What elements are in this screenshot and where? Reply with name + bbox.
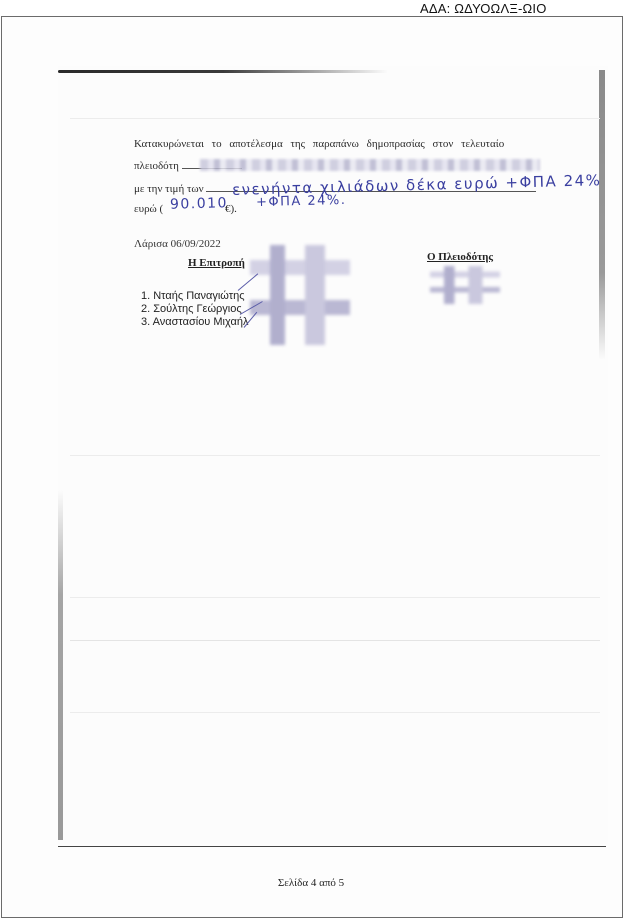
euro-label: ευρώ ( [134, 203, 163, 215]
scan-left-edge [58, 490, 63, 840]
page-number: Σελίδα 4 από 5 [0, 877, 622, 889]
ruled-line [70, 455, 600, 456]
place-date: Λάρισα 06/09/2022 [134, 238, 221, 250]
ruled-line [70, 640, 600, 641]
euro-line: ευρώ ( [134, 203, 163, 215]
handwritten-vat: +ΦΠΑ 24%. [256, 193, 347, 210]
committee-member: 1. Νταής Παναγιώτης [141, 290, 248, 303]
ruled-line [70, 597, 600, 598]
committee-member: 2. Σούλτης Γεώργιος [141, 303, 248, 316]
committee-member: 3. Αναστασίου Μιχαήλ [141, 316, 248, 329]
bidder-title: Ο Πλειοδότης [427, 251, 493, 263]
scan-top-edge [58, 70, 388, 73]
price-suffix: €). [225, 203, 237, 215]
footer-rule [58, 846, 606, 847]
price-label: με την τιμή των [134, 183, 204, 195]
redacted-bidder-signature [430, 266, 500, 304]
handwritten-price-number: 90.010 [170, 195, 228, 213]
award-sentence: Κατακυρώνεται το αποτέλεσμα της παραπάνω… [134, 138, 504, 150]
ruled-line [70, 712, 600, 713]
bidder-label: πλειοδότη [134, 160, 179, 172]
committee-members: 1. Νταής Παναγιώτης 2. Σούλτης Γεώργιος … [141, 290, 248, 329]
redacted-committee-signature [250, 245, 350, 345]
ada-document-id: ΑΔΑ: ΩΔΥΟΩΛΞ-ΩΙΟ [420, 1, 620, 16]
committee-title: Η Επιτροπή [188, 257, 245, 269]
scan-right-edge [599, 70, 605, 360]
redacted-bidder-name [200, 159, 540, 171]
ruled-line [70, 118, 600, 119]
